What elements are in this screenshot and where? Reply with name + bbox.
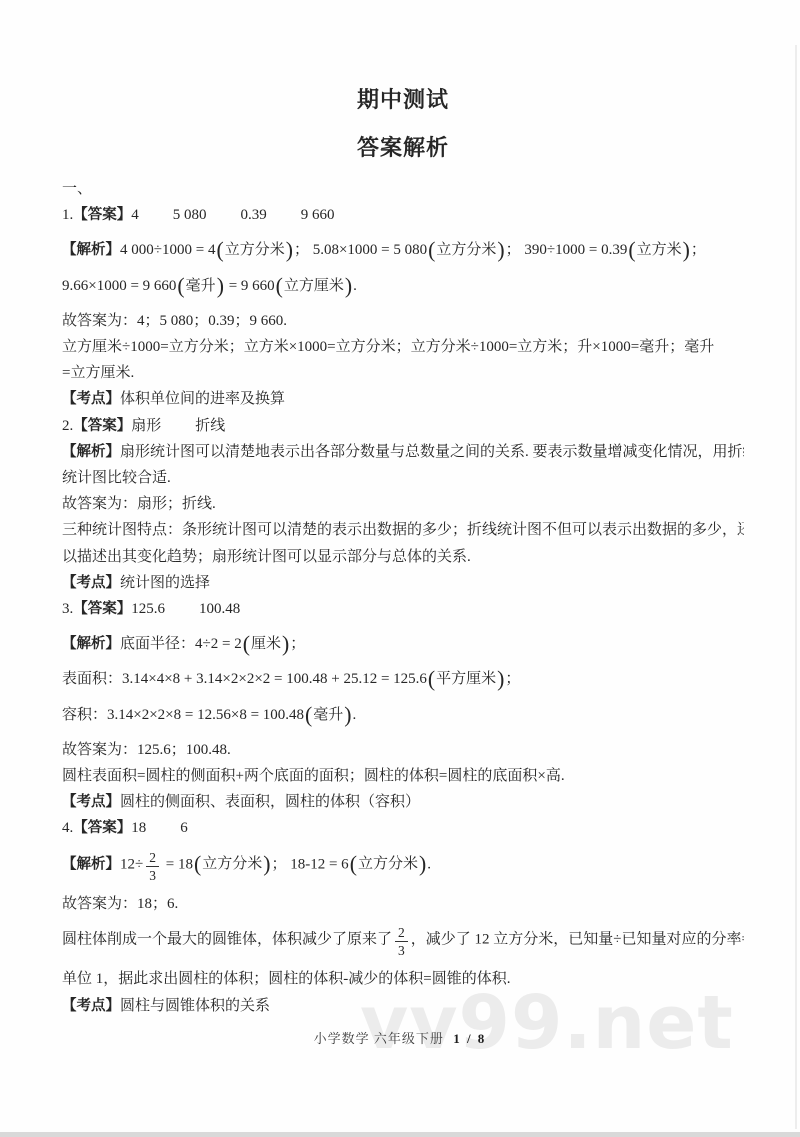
bracket-marker: 【答案】: [73, 207, 131, 223]
document-page: vv99.net 期中测试 答案解析 一、1.【答案】45 0800.399 6…: [0, 0, 800, 1137]
math-run: 5 080: [173, 207, 207, 223]
math-run: 4÷2 = 2: [195, 636, 242, 652]
bracket-marker: 【考点】: [62, 391, 120, 407]
math-run: 3.14×4×8 + 3.14×2×2×2 = 100.48 + 25.12 =…: [122, 671, 427, 687]
math-run: 9.66×1000 = 9 660: [62, 278, 176, 294]
text-run: 底面半径：: [120, 636, 195, 652]
paren-group: (立方分米): [193, 856, 272, 872]
unit-text: 立方米: [637, 242, 682, 258]
unit-text: 立方分米: [202, 856, 262, 872]
footer-course-label: 小学数学 六年级下册: [314, 1031, 444, 1046]
math-run: 6: [180, 820, 188, 836]
paren-group: (平方厘米): [427, 671, 506, 687]
bracket-marker: 【解析】: [62, 242, 120, 258]
math-run: ； 5.08×1000 = 5 080: [294, 242, 427, 258]
text-line: 9.66×1000 = 9 660(毫升) = 9 660(立方厘米).: [62, 273, 744, 299]
text-line: 【考点】统计图的选择: [62, 570, 744, 596]
page-right-edge: [795, 45, 797, 1129]
text-run: 一、: [62, 181, 92, 197]
text-line: 【解析】12÷23 = 18(立方分米)； 18-12 = 6(立方分米).: [62, 850, 744, 883]
unit-text: 毫升: [313, 707, 343, 723]
math-run: = 9 660: [225, 278, 275, 294]
text-line: 以描述出其变化趋势；扇形统计图可以显示部分与总体的关系.: [62, 544, 744, 570]
text-run: 2.: [62, 418, 73, 434]
text-run: 统计图比较合适.: [62, 470, 171, 486]
math-run: ；: [290, 636, 305, 652]
text-line: 容积：3.14×2×2×8 = 12.56×8 = 100.48(毫升).: [62, 702, 744, 728]
fraction-numerator: 2: [146, 850, 159, 867]
text-line: 一、: [62, 176, 744, 202]
math-run: .: [353, 278, 357, 294]
text-run: 容积：: [62, 707, 107, 723]
unit-text: 立方分米: [358, 856, 418, 872]
text-line: 圆柱表面积=圆柱的侧面积+两个底面的面积；圆柱的体积=圆柱的底面积×高.: [62, 763, 744, 789]
unit-text: 毫升: [186, 278, 216, 294]
paren-group: (立方厘米): [275, 278, 354, 294]
text-line: 4.【答案】186: [62, 815, 744, 841]
text-run: 扇形统计图可以清楚地表示出各部分数量与总数量之间的关系. 要表示数量增减变化情况…: [120, 444, 744, 460]
text-line: 表面积：3.14×4×8 + 3.14×2×2×2 = 100.48 + 25.…: [62, 666, 744, 692]
footer-page-number: 1 / 8: [453, 1031, 486, 1046]
text-line: 立方厘米÷1000=立方分米；立方米×1000=立方分米；立方分米÷1000=立…: [62, 334, 744, 360]
text-line: 故答案为：18；6.: [62, 891, 744, 917]
text-line: =立方厘米.: [62, 360, 744, 386]
text-line: 三种统计图特点：条形统计图可以清楚的表示出数据的多少；折线统计图不但可以表示出数…: [62, 517, 744, 543]
fraction: 23: [146, 850, 159, 883]
text-line: 【考点】圆柱的侧面积、表面积，圆柱的体积（容积）: [62, 789, 744, 815]
text-run: 三种统计图特点：条形统计图可以清楚的表示出数据的多少；折线统计图不但可以表示出数…: [62, 522, 744, 538]
math-run: ； 390÷1000 = 0.39: [506, 242, 628, 258]
text-run: 单位 1，据此求出圆柱的体积；圆柱的体积-减少的体积=圆锥的体积.: [62, 971, 510, 987]
text-run: 故答案为：4；5 080；0.39；9 660.: [62, 313, 287, 329]
text-line: 3.【答案】125.6100.48: [62, 596, 744, 622]
paren-group: (毫升): [176, 278, 225, 294]
text-run: 圆柱与圆锥体积的关系: [120, 998, 270, 1014]
text-line: 【解析】扇形统计图可以清楚地表示出各部分数量与总数量之间的关系. 要表示数量增减…: [62, 439, 744, 465]
page-footer: 小学数学 六年级下册 1 / 8: [0, 1028, 800, 1047]
text-run: 4.: [62, 820, 73, 836]
bracket-marker: 【考点】: [62, 794, 120, 810]
text-run: 统计图的选择: [120, 575, 210, 591]
math-run: = 18: [162, 856, 193, 872]
math-run: ；: [691, 242, 706, 258]
text-run: 立方厘米÷1000=立方分米；立方米×1000=立方分米；立方分米÷1000=立…: [62, 339, 714, 355]
paren-group: (立方分米): [427, 242, 506, 258]
text-line: 1.【答案】45 0800.399 660: [62, 202, 744, 228]
paren-group: (立方米): [627, 242, 691, 258]
fraction-denominator: 3: [395, 942, 408, 958]
fraction-numerator: 2: [395, 925, 408, 942]
math-run: 12÷: [120, 856, 143, 872]
text-line: 圆柱体削成一个最大的圆锥体，体积减少了原来了23，减少了 12 立方分米，已知量…: [62, 925, 744, 958]
bracket-marker: 【解析】: [62, 636, 120, 652]
answer-sheet: 期中测试 答案解析 一、1.【答案】45 0800.399 660【解析】4 0…: [62, 86, 744, 1019]
bracket-marker: 【解析】: [62, 444, 120, 460]
math-run: 18: [131, 820, 146, 836]
text-run: 圆柱的侧面积、表面积，圆柱的体积（容积）: [120, 794, 420, 810]
text-line: 【解析】4 000÷1000 = 4(立方分米)； 5.08×1000 = 5 …: [62, 237, 744, 263]
unit-text: 厘米: [251, 636, 281, 652]
text-run: =立方厘米.: [62, 365, 134, 381]
text-line: 故答案为：扇形；折线.: [62, 491, 744, 517]
math-run: 100.48: [199, 601, 240, 617]
fraction-denominator: 3: [146, 867, 159, 883]
page-subtitle: 答案解析: [62, 134, 744, 162]
fraction: 23: [395, 925, 408, 958]
text-line: 故答案为：4；5 080；0.39；9 660.: [62, 308, 744, 334]
text-run: 折线: [195, 418, 225, 434]
text-run: 故答案为：125.6；100.48.: [62, 742, 231, 758]
math-run: 3.14×2×2×8 = 12.56×8 = 100.48: [107, 707, 304, 723]
text-run: 3.: [62, 601, 73, 617]
bracket-marker: 【答案】: [73, 820, 131, 836]
text-run: 体积单位间的进率及换算: [120, 391, 285, 407]
text-line: 故答案为：125.6；100.48.: [62, 737, 744, 763]
text-run: 圆柱体削成一个最大的圆锥体，体积减少了原来了: [62, 932, 392, 948]
bracket-marker: 【考点】: [62, 575, 120, 591]
paren-group: (厘米): [242, 636, 291, 652]
unit-text: 平方厘米: [436, 671, 496, 687]
bracket-marker: 【解析】: [62, 856, 120, 872]
math-run: 4 000÷1000 = 4: [120, 242, 215, 258]
text-run: 扇形: [131, 418, 161, 434]
text-line: 【考点】圆柱与圆锥体积的关系: [62, 993, 744, 1019]
text-line: 2.【答案】扇形折线: [62, 413, 744, 439]
unit-text: 立方分米: [436, 242, 496, 258]
math-run: ；: [505, 671, 520, 687]
paren-group: (毫升): [304, 707, 353, 723]
math-run: ； 18-12 = 6: [271, 856, 348, 872]
math-run: 125.6: [131, 601, 165, 617]
math-run: 4: [131, 207, 139, 223]
bracket-marker: 【答案】: [73, 418, 131, 434]
math-run: .: [353, 707, 357, 723]
text-run: 表面积：: [62, 671, 122, 687]
text-line: 单位 1，据此求出圆柱的体积；圆柱的体积-减少的体积=圆锥的体积.: [62, 966, 744, 992]
text-line: 统计图比较合适.: [62, 465, 744, 491]
bracket-marker: 【答案】: [73, 601, 131, 617]
math-run: 9 660: [301, 207, 335, 223]
text-run: 圆柱表面积=圆柱的侧面积+两个底面的面积；圆柱的体积=圆柱的底面积×高.: [62, 768, 565, 784]
unit-text: 立方厘米: [284, 278, 344, 294]
text-line: 【考点】体积单位间的进率及换算: [62, 386, 744, 412]
answer-lines: 一、1.【答案】45 0800.399 660【解析】4 000÷1000 = …: [62, 176, 744, 1019]
paren-group: (立方分米): [349, 856, 428, 872]
text-run: ，减少了 12 立方分米，已知量÷已知量对应的分率=: [411, 932, 744, 948]
text-run: 1.: [62, 207, 73, 223]
text-line: 【解析】底面半径：4÷2 = 2(厘米)；: [62, 631, 744, 657]
math-run: 0.39: [241, 207, 267, 223]
text-run: 故答案为：18；6.: [62, 896, 178, 912]
paren-group: (立方分米): [215, 242, 294, 258]
text-run: 以描述出其变化趋势；扇形统计图可以显示部分与总体的关系.: [62, 549, 471, 565]
unit-text: 立方分米: [225, 242, 285, 258]
text-run: 故答案为：扇形；折线.: [62, 496, 216, 512]
page-bottom-edge: [0, 1132, 800, 1137]
bracket-marker: 【考点】: [62, 998, 120, 1014]
math-run: .: [427, 856, 431, 872]
page-title: 期中测试: [62, 86, 744, 114]
